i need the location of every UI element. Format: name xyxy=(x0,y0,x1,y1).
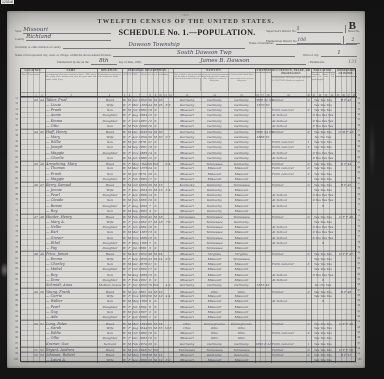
nativity-subheader: Place of birth of FATHER of this person. xyxy=(200,78,227,91)
line-number-right: 66 xyxy=(358,177,368,180)
line-number-left: 73 xyxy=(8,214,18,217)
line-number-left: 90 xyxy=(8,304,18,307)
cell-mb: Germany xyxy=(228,145,255,149)
line-number-right: 55 xyxy=(358,118,368,121)
cell-oc: At School xyxy=(272,156,306,160)
line-number-left: 65 xyxy=(8,171,18,174)
cell-rl: Wife xyxy=(98,257,122,261)
cell-nm: — Ada xyxy=(46,315,97,319)
column-rule xyxy=(132,69,133,363)
cell-rl: Son xyxy=(98,310,122,314)
line-number-right: 51 xyxy=(358,97,368,100)
cell-nm: — Roy xyxy=(46,273,97,277)
cell-nm: — Ethel xyxy=(46,241,97,245)
cell-fb: Kentucky xyxy=(201,204,228,208)
cell-fb: Missouri xyxy=(201,358,228,362)
line-number-left: 67 xyxy=(8,182,18,185)
cell-mb: Germany xyxy=(228,151,255,155)
cell-nm: — Grover xyxy=(46,236,97,240)
cell-bp: Missouri xyxy=(173,204,201,208)
line-number-right: 71 xyxy=(358,203,368,206)
cell-rl: Son xyxy=(98,166,122,170)
cell-mb: Ohio xyxy=(228,336,255,340)
line-number-left: 59 xyxy=(8,140,18,143)
census-table: LOCATION.Street. House number.NAMEof eac… xyxy=(20,68,356,362)
cell-fb: Germany xyxy=(201,342,228,346)
cell-bp: Missouri xyxy=(173,220,201,224)
cell-rl: Daughter xyxy=(98,246,122,250)
line-number-left: 95 xyxy=(8,331,18,334)
line-number-right: 53 xyxy=(358,108,368,111)
column-rule xyxy=(265,69,266,363)
cell-fb: Germany xyxy=(201,283,228,287)
line-number-left: 86 xyxy=(8,283,18,286)
cell-oc: Farm Laborer xyxy=(272,145,306,149)
cell-rl: Wife xyxy=(98,188,122,192)
cell-rl: Daughter xyxy=(98,315,122,319)
cell-bp: Missouri xyxy=(173,262,201,266)
column-rule xyxy=(122,69,123,363)
line-number-right: 87 xyxy=(358,289,368,292)
column-rule xyxy=(140,69,141,363)
enumerator-signature: James B. Dawson xyxy=(144,58,307,65)
state-value: Missouri xyxy=(23,27,111,34)
line-number-right: 68 xyxy=(358,187,368,190)
cell-rl: Son xyxy=(98,124,122,128)
cell-fb: Missouri xyxy=(201,278,228,282)
line-number-right: 93 xyxy=(358,320,368,323)
cell-nm: — Maggie xyxy=(46,151,97,155)
cell-rl: Son xyxy=(98,108,122,112)
cell-nm: — Frank xyxy=(46,108,97,112)
cell-nm: — Dora xyxy=(46,278,97,282)
cell-mb: Germany xyxy=(228,103,255,107)
cell-bp: Missouri xyxy=(173,113,201,117)
cell-nm: — Mabel xyxy=(46,267,97,271)
cell-bp: Missouri xyxy=(173,145,201,149)
cell-nm: — Emma xyxy=(46,119,97,123)
cell-nm: — Willie xyxy=(46,140,97,144)
cell-nm: — Earl xyxy=(46,230,97,234)
column-rule xyxy=(201,69,202,363)
cell-mb: Germany xyxy=(228,283,255,287)
line-number-right: 65 xyxy=(358,171,368,174)
cell-rl: Son xyxy=(98,273,122,277)
cell-fb: Missouri xyxy=(201,315,228,319)
line-number-left: 72 xyxy=(8,209,18,212)
line-number-right: 94 xyxy=(358,326,368,329)
cell-oc: At School xyxy=(272,273,306,277)
cell-nm: — Annie xyxy=(46,113,97,117)
cell-oc: Farm Laborer xyxy=(272,342,306,346)
cell-bp: Missouri xyxy=(173,236,201,240)
cell-mb: Tennessee xyxy=(228,257,255,261)
cell-bp: Missouri xyxy=(173,225,201,229)
city-value: South Dawson Twp xyxy=(113,50,295,57)
cell-fb: Germany xyxy=(201,108,228,112)
column-rule xyxy=(27,69,28,363)
cell-nm: Kramer, Gus xyxy=(46,342,97,346)
line-number-left: 57 xyxy=(8,129,18,132)
line-number-right: 67 xyxy=(358,182,368,185)
line-number-right: 80 xyxy=(358,251,368,254)
line-number-left: 87 xyxy=(8,289,18,292)
cell-rl: Son xyxy=(98,262,122,266)
enumerated-label-1: Enumerated by me on the xyxy=(57,61,89,64)
cell-rl: Servant xyxy=(98,342,122,346)
line-number-right: 86 xyxy=(358,283,368,286)
cell-bp: Missouri xyxy=(173,172,201,176)
ward-field: Ward of city, 1 xyxy=(303,50,357,57)
cell-nm: — Claude xyxy=(46,198,97,202)
sheet-no-label: Sheet No. xyxy=(348,30,360,33)
cell-fb: Missouri xyxy=(201,310,228,314)
cell-mb: Missouri xyxy=(228,278,255,282)
cell-nm: — Joseph xyxy=(46,145,97,149)
cell-rl: Daughter xyxy=(98,193,122,197)
cell-oc: Farm Laborer xyxy=(272,262,306,266)
cell-fb: Missouri xyxy=(201,262,228,266)
cell-oc: At School xyxy=(272,230,306,234)
cell-rl: Daughter xyxy=(98,267,122,271)
line-number-right: 92 xyxy=(358,315,368,318)
column-rule xyxy=(33,69,34,363)
cell-fb: Tennessee xyxy=(201,246,228,250)
header-group: CITIZENSHIP. xyxy=(255,69,271,92)
line-number-left: 58 xyxy=(8,134,18,137)
line-number-left: 77 xyxy=(8,235,18,238)
cell-mb: Missouri xyxy=(228,358,255,362)
line-number-left: 85 xyxy=(8,278,18,281)
line-number-left: 91 xyxy=(8,310,18,313)
cell-rl: Daughter xyxy=(98,241,122,245)
cell-bp: Missouri xyxy=(173,124,201,128)
cell-rl: Son xyxy=(98,156,122,160)
state-label: State xyxy=(15,30,21,33)
cell-bp: Missouri xyxy=(173,278,201,282)
cell-bp: Missouri xyxy=(173,336,201,340)
line-number-left: 74 xyxy=(8,219,18,222)
cell-fb: Germany xyxy=(201,124,228,128)
institution-field: Name of institution, xyxy=(249,42,357,45)
column-rule xyxy=(306,69,307,363)
cell-bp: Missouri xyxy=(173,358,201,362)
column-rule xyxy=(158,69,159,363)
township-label: Township or other division of county xyxy=(15,46,61,49)
line-number-right: 97 xyxy=(358,342,368,345)
cell-bp: Missouri xyxy=(173,188,201,192)
cell-oc: At School xyxy=(272,278,306,282)
line-number-left: 82 xyxy=(8,262,18,265)
cell-bp: Missouri xyxy=(173,267,201,271)
header-group: OCCUPATION, TRADE, OR PROFESSIONof each … xyxy=(271,69,311,92)
cell-mb: Missouri xyxy=(228,246,255,250)
cell-nm: — Eddie xyxy=(46,331,97,335)
line-number-right: 74 xyxy=(358,219,368,222)
line-number-right: 56 xyxy=(358,124,368,127)
cell-fb: Kentucky xyxy=(201,193,228,197)
cell-ct: 1868 32 xyxy=(255,135,271,139)
cell-oc: At School xyxy=(272,299,306,303)
cell-fb: Tennessee xyxy=(201,236,228,240)
cell-bp: Missouri xyxy=(173,156,201,160)
line-number-right: 100 xyxy=(358,358,368,361)
cell-bp: Germany xyxy=(173,135,201,139)
cell-mb: Missouri xyxy=(228,310,255,314)
cell-mb: Missouri xyxy=(228,209,255,213)
cell-bp: Missouri xyxy=(173,294,201,298)
column-rule xyxy=(323,69,324,363)
ward-value: 1 xyxy=(321,50,357,57)
line-number-right: 85 xyxy=(358,278,368,281)
line-number-left: 60 xyxy=(8,145,18,148)
line-number-left: 83 xyxy=(8,267,18,270)
cell-fb: Ohio xyxy=(201,331,228,335)
cell-bp: Germany xyxy=(173,342,201,346)
cell-oc: At School xyxy=(272,124,306,128)
line-number-right: 60 xyxy=(358,145,368,148)
cell-bp: Missouri xyxy=(173,119,201,123)
cell-nm: — Otto xyxy=(46,124,97,128)
cell-bp: Missouri xyxy=(173,209,201,213)
cell-fb: Missouri xyxy=(201,172,228,176)
cell-bp: Missouri xyxy=(173,299,201,303)
cell-fb: Missouri xyxy=(201,177,228,181)
column-rule xyxy=(45,69,46,363)
cell-fb: Kentucky xyxy=(201,188,228,192)
cell-nm: — Pearl xyxy=(46,193,97,197)
cell-mb: Germany xyxy=(228,140,255,144)
cell-fb: Kentucky xyxy=(201,198,228,202)
column-rule xyxy=(173,69,174,363)
city-label: Name of incorporated city, town, or vill… xyxy=(15,54,111,57)
cell-mb: Germany xyxy=(228,119,255,123)
line-number-right: 88 xyxy=(358,294,368,297)
cell-mb: Germany xyxy=(228,108,255,112)
column-rule xyxy=(311,69,312,363)
line-number-right: 63 xyxy=(358,161,368,164)
cell-bp: Missouri xyxy=(173,273,201,277)
column-rule xyxy=(97,69,98,363)
line-number-right: 82 xyxy=(358,262,368,265)
line-number-right: 95 xyxy=(358,331,368,334)
line-number-right: 54 xyxy=(358,113,368,116)
cell-mb: Germany xyxy=(228,342,255,346)
cell-rl: Daughter xyxy=(98,119,122,123)
cell-oc: Farm Laborer xyxy=(272,172,306,176)
township-field: Township or other division of county Daw… xyxy=(15,42,245,49)
cell-mb: Missouri xyxy=(228,305,255,309)
cell-fb: Germany xyxy=(201,145,228,149)
line-number-right: 83 xyxy=(358,267,368,270)
cell-fb: Ohio xyxy=(201,336,228,340)
cell-bp: Missouri xyxy=(173,246,201,250)
cell-fb: Tennessee xyxy=(201,241,228,245)
line-number-right: 61 xyxy=(358,150,368,153)
line-number-right: 69 xyxy=(358,193,368,196)
line-number-right: 98 xyxy=(358,347,368,350)
line-number-right: 57 xyxy=(358,129,368,132)
cell-nm: — Thomas xyxy=(46,166,97,170)
cell-nm: — Fay xyxy=(46,246,97,250)
column-rule xyxy=(127,69,128,363)
line-number-left: 94 xyxy=(8,326,18,329)
cell-fb: Missouri xyxy=(201,166,228,170)
column-rule xyxy=(329,69,330,363)
cell-nm: — Jennie xyxy=(46,188,97,192)
line-number-left: 84 xyxy=(8,273,18,276)
cell-fb: Germany xyxy=(201,119,228,123)
ward-label: Ward of city, xyxy=(303,54,319,57)
cell-mb: Missouri xyxy=(228,230,255,234)
line-number-left: 97 xyxy=(8,342,18,345)
cell-mb: Missouri xyxy=(228,204,255,208)
cell-oc: At School xyxy=(272,193,306,197)
cell-bp: Missouri xyxy=(173,315,201,319)
cell-rl: Son xyxy=(98,145,122,149)
cell-rl: Daughter xyxy=(98,204,122,208)
cell-bp: Missouri xyxy=(173,166,201,170)
line-number-left: 92 xyxy=(8,315,18,318)
cell-bp: Missouri xyxy=(173,108,201,112)
cell-fb: Missouri xyxy=(201,267,228,271)
line-number-left: 75 xyxy=(8,225,18,228)
cell-mb: Missouri xyxy=(228,198,255,202)
cell-oc: Farm Laborer xyxy=(272,331,306,335)
table-row: — Laura A.WifeWFSep 186633M123 2Missouri… xyxy=(21,357,357,362)
cell-nm: — Walter xyxy=(46,299,97,303)
cell-nm: — Roy xyxy=(46,209,97,213)
column-rule xyxy=(335,69,336,363)
supervisor-district-label: Supervisor's District No. xyxy=(266,30,297,33)
cell-mb: Missouri xyxy=(228,177,255,181)
line-number-right: 75 xyxy=(358,225,368,228)
line-number-right: 91 xyxy=(358,310,368,313)
column-rule xyxy=(260,69,261,363)
cell-rl: Son xyxy=(98,299,122,303)
cell-oc: Farm Laborer xyxy=(272,166,306,170)
institution-value xyxy=(276,44,357,45)
cell-bp: Missouri xyxy=(173,151,201,155)
cell-mb: Germany xyxy=(228,156,255,160)
line-number-left: 100 xyxy=(8,358,18,361)
cell-oc: At School xyxy=(272,113,306,117)
line-number-right: 76 xyxy=(358,230,368,233)
cell-fb: Missouri xyxy=(201,299,228,303)
cell-oc: At School xyxy=(272,119,306,123)
cell-rl: Wife xyxy=(98,358,122,362)
line-number-left: 78 xyxy=(8,241,18,244)
cell-rl: Wife xyxy=(98,220,122,224)
line-number-left: 64 xyxy=(8,166,18,169)
line-number-left: 79 xyxy=(8,246,18,249)
cell-oc: At School xyxy=(272,204,306,208)
line-number-right: 70 xyxy=(358,198,368,201)
divider xyxy=(345,25,346,33)
cell-fb: Germany xyxy=(201,135,228,139)
cell-bp: Ohio xyxy=(173,326,201,330)
cell-bp: Missouri xyxy=(173,198,201,202)
line-number-left: 66 xyxy=(8,177,18,180)
column-rule xyxy=(147,69,148,363)
line-number-left: 99 xyxy=(8,352,18,355)
line-number-right: 73 xyxy=(358,214,368,217)
cell-mb: Missouri xyxy=(228,294,255,298)
state-field: State Missouri xyxy=(15,27,111,34)
line-number-right: 96 xyxy=(358,336,368,339)
cell-oc: Farm Laborer xyxy=(272,140,306,144)
cell-mb: Missouri xyxy=(228,262,255,266)
cell-rl: Son xyxy=(98,236,122,240)
cell-bp: Missouri xyxy=(173,331,201,335)
cell-nm: — Sarah xyxy=(46,326,97,330)
cell-fb: Germany xyxy=(201,113,228,117)
cell-mb: Ohio xyxy=(228,331,255,335)
county-field: County Richland xyxy=(15,34,111,41)
cell-rl: Wife xyxy=(98,103,122,107)
cell-nm: — Carrie xyxy=(46,294,97,298)
cell-nm: — Lizzie xyxy=(46,103,97,107)
line-number-right: 52 xyxy=(358,102,368,105)
line-number-left: 93 xyxy=(8,320,18,323)
cell-rl: Daughter xyxy=(98,336,122,340)
cell-bp: Missouri xyxy=(173,241,201,245)
cell-fb: Missouri xyxy=(201,257,228,261)
line-number-right: 78 xyxy=(358,241,368,244)
cell-fb: Missouri xyxy=(201,294,228,298)
census-sheet: 1900. TWELFTH CENSUS OF THE UNITED STATE… xyxy=(7,11,365,368)
cell-nm: — Maggie xyxy=(46,177,97,181)
column-rule xyxy=(255,69,256,363)
cell-fb: Germany xyxy=(201,140,228,144)
line-number-left: 89 xyxy=(8,299,18,302)
cell-fb: Kentucky xyxy=(201,209,228,213)
table-body: 4344Tabor, FredHeadWMJan 185050M26German… xyxy=(21,97,357,363)
cell-nm: — Bessie xyxy=(46,204,97,208)
line-number-left: 71 xyxy=(8,203,18,206)
line-number-right: 89 xyxy=(358,299,368,302)
line-number-right: 79 xyxy=(358,246,368,249)
enumerated-label-2: day of June, 1900, xyxy=(119,61,142,64)
cell-rl: Mother-in-law xyxy=(98,283,122,287)
cell-rl: Wife xyxy=(98,294,122,298)
cell-nm: — Pearl xyxy=(46,305,97,309)
header-group: RELATION.Relationship of each person to … xyxy=(97,69,122,92)
group-description: Relationship of each person to the head … xyxy=(97,73,122,78)
cell-mb: Germany xyxy=(228,135,255,139)
form-note: 1900. xyxy=(7,14,365,17)
line-number-left: 56 xyxy=(8,124,18,127)
cell-bp: Missouri xyxy=(173,177,201,181)
line-number-left: 55 xyxy=(8,118,18,121)
cell-rl: Daughter xyxy=(98,151,122,155)
nativity-subheader: Place of birth of this PERSON. xyxy=(173,78,200,91)
cell-mb: Missouri xyxy=(228,299,255,303)
cell-rl: Daughter xyxy=(98,113,122,117)
column-rule xyxy=(271,69,272,363)
cell-oc: At School xyxy=(272,198,306,202)
enumerated-label-3: , Enumerator. xyxy=(308,61,325,64)
line-number-left: 98 xyxy=(8,347,18,350)
line-number-left: 81 xyxy=(8,257,18,260)
cell-mb: Missouri xyxy=(228,236,255,240)
group-description: of each person whose place of abode on J… xyxy=(45,73,97,81)
line-number-left: 62 xyxy=(8,156,18,159)
cell-rl: Daughter xyxy=(98,278,122,282)
cell-nm: — Laura A. xyxy=(46,358,97,362)
cell-nm: — Emma xyxy=(46,257,97,261)
group-label: CITIZENSHIP. xyxy=(255,69,271,73)
